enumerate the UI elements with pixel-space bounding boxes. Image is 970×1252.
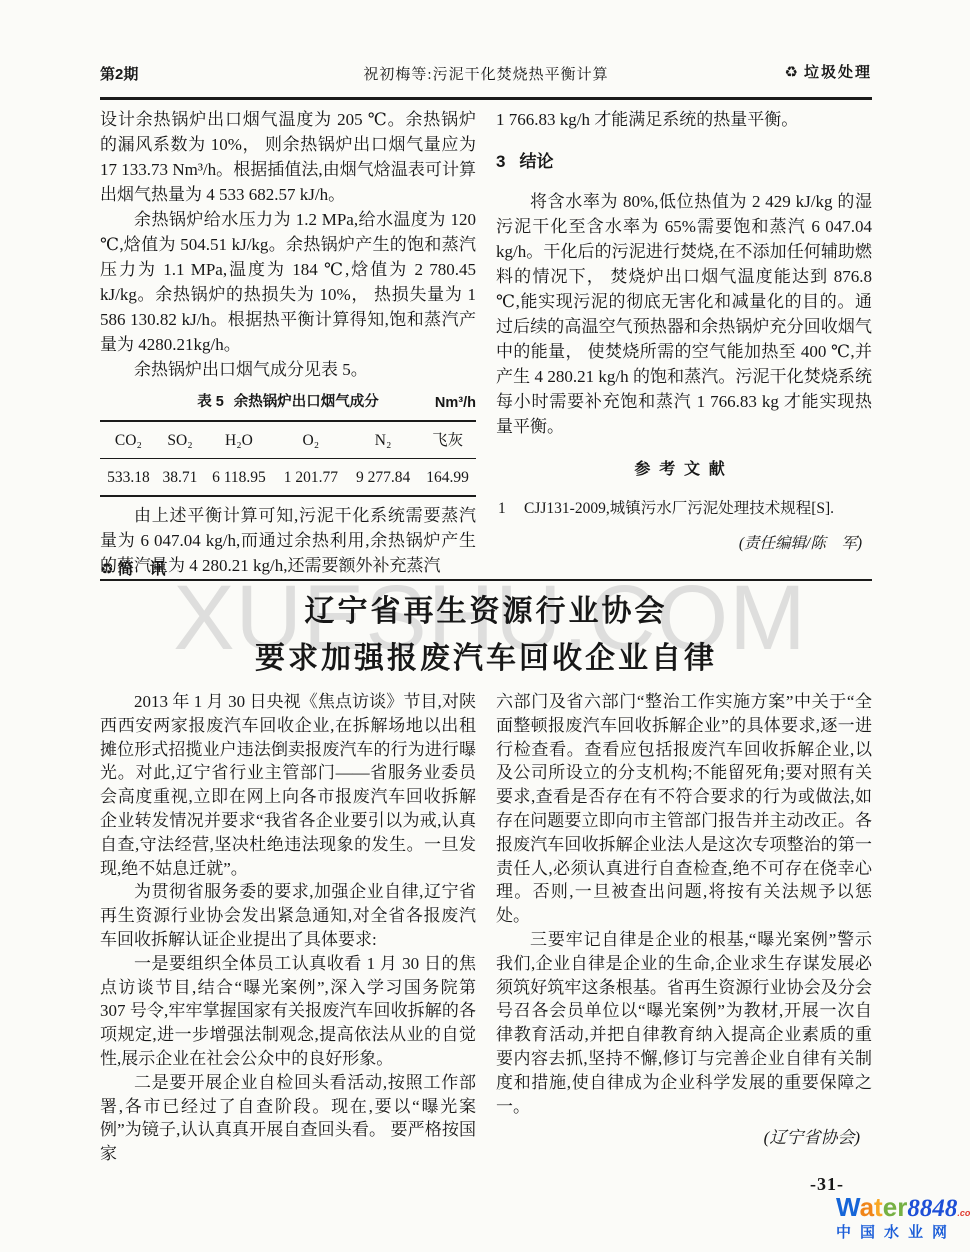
table-unit: Nm³/h [435,391,476,416]
table-cell: 6 118.95 [203,459,275,497]
article-right-column: 1 766.83 kg/h 才能满足系统的热量平衡。 3结论 将含水率为 80%… [496,107,872,556]
paragraph: 为贯彻省服务委的要求,加强企业自律,辽宁省再生资源行业协会发出紧急通知,对全省各… [100,880,476,951]
column-header: 飞灰 [419,421,476,459]
column-header: N₂ [347,421,419,459]
article-left-column: 设计余热锅炉出口烟气温度为 205 ℃。余热锅炉的漏风系数为 10%， 则余热锅… [100,107,476,578]
logo-wordmark: Water8848.com [836,1194,968,1221]
water8848-logo: Water8848.com 中国水业网 [836,1194,968,1240]
reference-text: CJJ131-2009,城镇污水厂污泥处理技术规程[S]. [524,500,834,517]
table-label: 表 5 [197,394,224,410]
section-title: 结论 [519,152,553,171]
reference-number: 1 [498,496,506,521]
table-cell: 38.71 [157,459,203,497]
logo-letter: t [874,1192,883,1222]
references-heading: 参考文献 [496,457,872,482]
news-signature: (辽宁省协会) [496,1126,872,1150]
section-label: ♻垃圾处理 [785,61,872,82]
running-header: 第2期 祝初梅等:污泥干化焚烧热平衡计算 ♻垃圾处理 [100,60,872,86]
recycle-icon: ♻ [100,560,113,578]
logo-letter: W [836,1192,860,1222]
paragraph: 一是要组织全体员工认真收看 1 月 30 日的焦点访谈节目,结合“曝光案例”,深… [100,952,476,1071]
news-right-column: 六部门及省六部门“整治工作实施方案”中关于“全面整顿报废汽车回收拆解企业”的具体… [496,690,872,1150]
editor-note: (责任编辑/陈 军) [496,531,872,556]
paragraph: 1 766.83 kg/h 才能满足系统的热量平衡。 [496,107,872,132]
paragraph: 2013 年 1 月 30 日央视《焦点访谈》节目,对陕西西安两家报废汽车回收企… [100,690,476,880]
logo-letter: a [860,1192,874,1222]
reference-item: 1CJJ131-2009,城镇污水厂污泥处理技术规程[S]. [496,496,872,521]
logo-letter: e [883,1192,897,1222]
news-left-column: 2013 年 1 月 30 日央视《焦点访谈》节目,对陕西西安两家报废汽车回收企… [100,690,476,1166]
section-number: 3 [496,152,505,171]
logo-tld: .com [957,1208,970,1218]
paragraph: 设计余热锅炉出口烟气温度为 205 ℃。余热锅炉的漏风系数为 10%， 则余热锅… [100,107,476,207]
logo-site-name: 中国水业网 [836,1225,968,1240]
news-title-line2: 要求加强报废汽车回收企业自律 [100,635,872,682]
column-header: CO₂ [100,421,157,459]
news-title: 辽宁省再生资源行业协会 要求加强报废汽车回收企业自律 [100,588,872,682]
paragraph: 将含水率为 80%,低位热值为 2 429 kJ/kg 的湿污泥干化至含水率为 … [496,189,872,439]
table-header-row: CO₂ SO₂ H₂O O₂ N₂ 飞灰 [100,421,476,459]
recycle-icon: ♻ [785,63,800,81]
brief-section-header: ♻简 讯 [100,556,165,579]
paragraph: 二是要开展企业自检回头看活动,按照工作部署,各市已经过了自查阶段。现在,要以“曝… [100,1071,476,1166]
header-rule [100,97,872,100]
table-cell: 164.99 [419,459,476,497]
table-title: 余热锅炉出口烟气成分 [234,394,379,410]
table-row: 533.18 38.71 6 118.95 1 201.77 9 277.84 … [100,459,476,497]
column-header: H₂O [203,421,275,459]
table-cell: 9 277.84 [347,459,419,497]
paragraph: 余热锅炉给水压力为 1.2 MPa,给水温度为 120 ℃,焓值为 504.51… [100,207,476,357]
conclusion-heading: 3结论 [496,149,872,174]
journal-page-scan: 第2期 祝初梅等:污泥干化焚烧热平衡计算 ♻垃圾处理 设计余热锅炉出口烟气温度为… [0,0,970,1252]
brief-label: 简 讯 [117,561,165,578]
paragraph: 余热锅炉出口烟气成分见表 5。 [100,357,476,382]
column-header: SO₂ [157,421,203,459]
table-cell: 533.18 [100,459,157,497]
running-title: 祝初梅等:污泥干化焚烧热平衡计算 [100,63,872,84]
column-header: O₂ [275,421,347,459]
flue-gas-composition-table: CO₂ SO₂ H₂O O₂ N₂ 飞灰 533.18 38.71 6 118.… [100,420,476,497]
news-title-line1: 辽宁省再生资源行业协会 [100,588,872,635]
paragraph: 六部门及省六部门“整治工作实施方案”中关于“全面整顿报废汽车回收拆解企业”的具体… [496,690,872,928]
logo-number: 8848 [907,1195,957,1222]
paragraph: 三要牢记自律是企业的根基,“曝光案例”警示我们,企业自律是企业的生命,企业求生存… [496,928,872,1118]
logo-letter: r [897,1192,907,1222]
section-name: 垃圾处理 [804,64,872,81]
table-cell: 1 201.77 [275,459,347,497]
table-caption: 表 5余热锅炉出口烟气成分 Nm³/h [100,390,476,415]
